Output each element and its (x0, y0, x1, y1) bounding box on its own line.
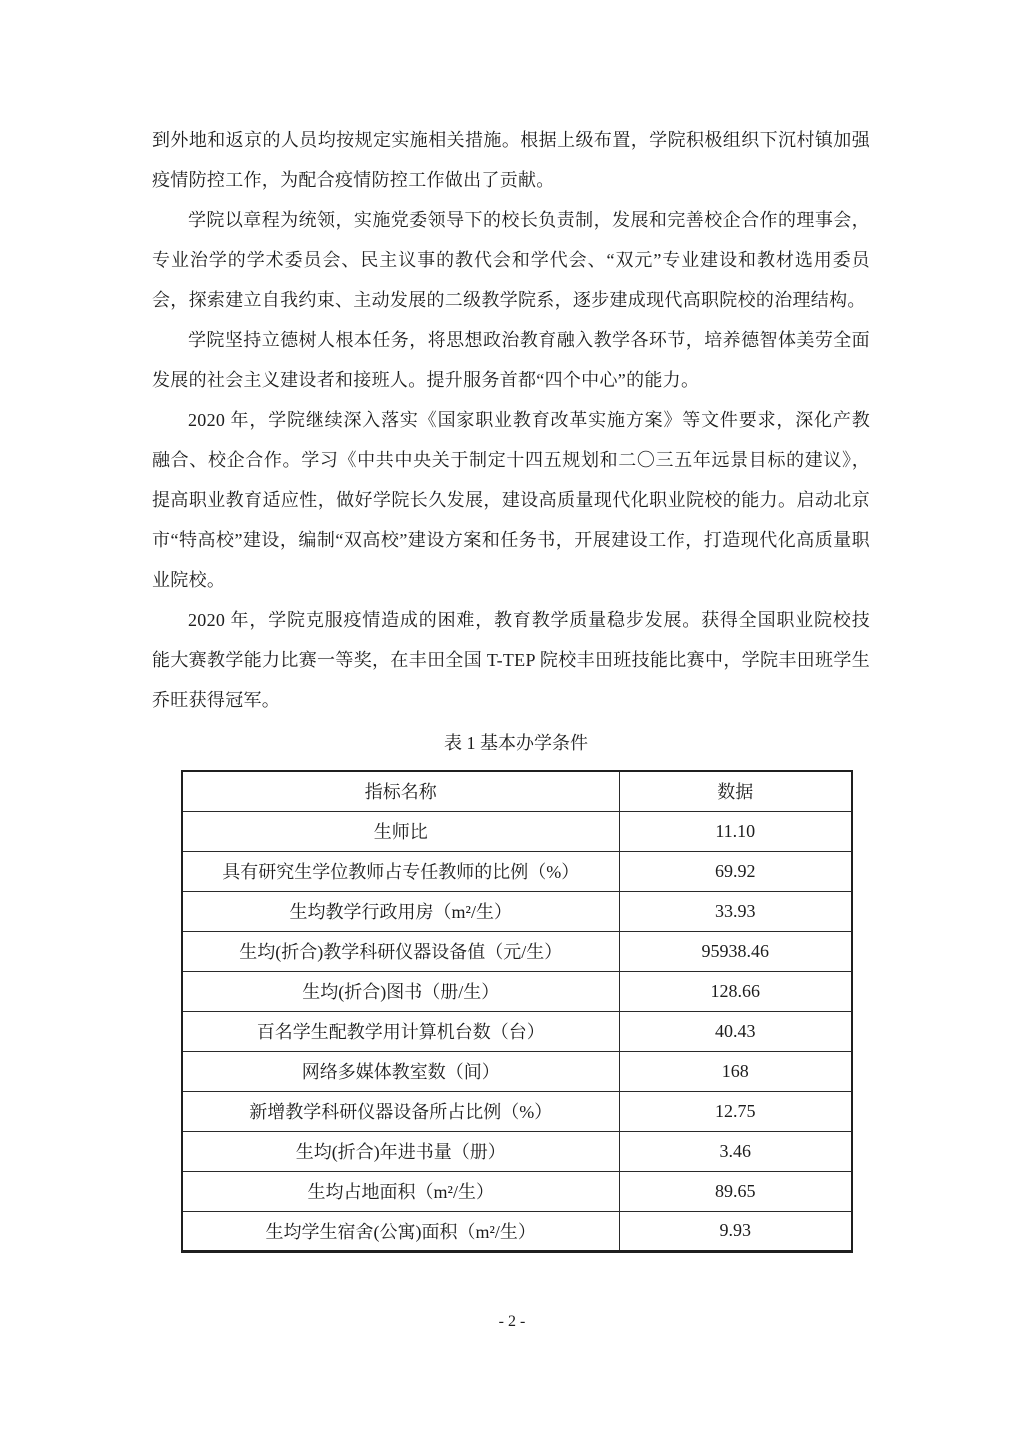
table-row: 生均学生宿舍(公寓)面积（m²/生） 9.93 (182, 1211, 852, 1251)
indicator-cell: 生均占地面积（m²/生） (182, 1171, 619, 1211)
paragraph-covid-measures: 到外地和返京的人员均按规定实施相关措施。根据上级布置，学院积极组织下沉村镇加强疫… (152, 120, 870, 200)
table-caption: 表 1 基本办学条件 (181, 723, 851, 763)
indicator-cell: 生师比 (182, 811, 619, 851)
table-row: 网络多媒体教室数（间） 168 (182, 1051, 852, 1091)
value-cell: 128.66 (619, 971, 852, 1011)
value-cell: 11.10 (619, 811, 852, 851)
paragraph-2020-quality: 2020 年，学院克服疫情造成的困难，教育教学质量稳步发展。获得全国职业院校技能… (152, 600, 870, 720)
basic-conditions-table: 指标名称 数据 生师比 11.10 具有研究生学位教师占专任教师的比例（%） 6… (181, 770, 853, 1253)
table-row: 百名学生配教学用计算机台数（台） 40.43 (182, 1011, 852, 1051)
table-row: 生均教学行政用房（m²/生） 33.93 (182, 891, 852, 931)
page-number: - 2 - (0, 1308, 1024, 1336)
table-header-row: 指标名称 数据 (182, 771, 852, 811)
indicator-cell: 生均教学行政用房（m²/生） (182, 891, 619, 931)
table-row: 生均(折合)教学科研仪器设备值（元/生） 95938.46 (182, 931, 852, 971)
indicator-cell: 具有研究生学位教师占专任教师的比例（%） (182, 851, 619, 891)
paragraph-2020-reform: 2020 年，学院继续深入落实《国家职业教育改革实施方案》等文件要求，深化产教融… (152, 400, 870, 600)
document-page: 到外地和返京的人员均按规定实施相关措施。根据上级布置，学院积极组织下沉村镇加强疫… (0, 0, 1024, 1448)
value-cell: 3.46 (619, 1131, 852, 1171)
table-row: 生均(折合)年进书量（册） 3.46 (182, 1131, 852, 1171)
value-cell: 9.93 (619, 1211, 852, 1251)
value-cell: 69.92 (619, 851, 852, 891)
document-body: 到外地和返京的人员均按规定实施相关措施。根据上级布置，学院积极组织下沉村镇加强疫… (152, 120, 870, 1253)
value-cell: 95938.46 (619, 931, 852, 971)
table-row: 生师比 11.10 (182, 811, 852, 851)
value-cell: 89.65 (619, 1171, 852, 1211)
value-cell: 40.43 (619, 1011, 852, 1051)
indicator-cell: 生均学生宿舍(公寓)面积（m²/生） (182, 1211, 619, 1251)
table-row: 生均(折合)图书（册/生） 128.66 (182, 971, 852, 1011)
indicator-cell: 生均(折合)教学科研仪器设备值（元/生） (182, 931, 619, 971)
value-cell: 168 (619, 1051, 852, 1091)
paragraph-governance: 学院以章程为统领，实施党委领导下的校长负责制，发展和完善校企合作的理事会，专业治… (152, 200, 870, 320)
value-cell: 33.93 (619, 891, 852, 931)
indicator-cell: 生均(折合)图书（册/生） (182, 971, 619, 1011)
indicator-cell: 百名学生配教学用计算机台数（台） (182, 1011, 619, 1051)
value-cell: 12.75 (619, 1091, 852, 1131)
indicator-cell: 网络多媒体教室数（间） (182, 1051, 619, 1091)
table-row: 具有研究生学位教师占专任教师的比例（%） 69.92 (182, 851, 852, 891)
indicator-cell: 新增教学科研仪器设备所占比例（%） (182, 1091, 619, 1131)
indicator-cell: 生均(折合)年进书量（册） (182, 1131, 619, 1171)
column-header-indicator: 指标名称 (182, 771, 619, 811)
table-row: 生均占地面积（m²/生） 89.65 (182, 1171, 852, 1211)
column-header-value: 数据 (619, 771, 852, 811)
table-row: 新增教学科研仪器设备所占比例（%） 12.75 (182, 1091, 852, 1131)
paragraph-moral-education: 学院坚持立德树人根本任务，将思想政治教育融入教学各环节，培养德智体美劳全面发展的… (152, 320, 870, 400)
